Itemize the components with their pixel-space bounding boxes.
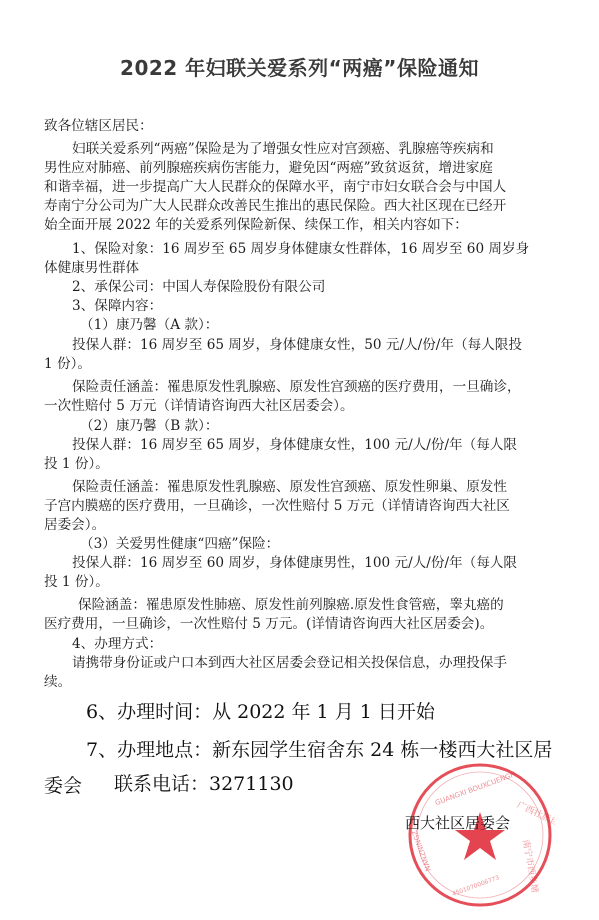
svg-text:南宁市西乡塘: 南宁市西乡塘 [520,838,541,893]
item-location: 7、办理地点：新东园学生宿舍东 24 栋一楼西大社区居 [86,738,552,762]
plan-c-coverage-cont: 医疗费用，一旦确诊，一次性赔付 5 万元。(详情请咨询西大社区居委会)。 [44,616,493,633]
plan-c-insured-cont: 投 1 份）。 [44,574,109,591]
signer-name: 西大社区居委会 [405,812,510,833]
contact-phone: 联系电话：3271130 [114,772,294,796]
salutation: 致各位辖区居民： [44,118,153,135]
plan-c-insured: 投保人群：16 周岁至 60 周岁，身体健康男性，100 元/人/份/年（每人限 [72,555,517,572]
item-procedure: 4、办理方式： [72,636,162,653]
item-insured-objects: 1、保险对象：16 周岁至 65 周岁身体健康女性群体，16 周岁至 60 周岁… [72,241,529,258]
plan-a-insured-cont: 1 份）。 [44,356,91,373]
plan-a-insured: 投保人群：16 周岁至 65 周岁，身体健康女性，50 元/人/份/年（每人限投 [72,337,522,354]
item-time: 6、办理时间：从 2022 年 1 月 1 日开始 [86,700,435,724]
svg-text:GUANGXI BOUXCUENGH: GUANGXI BOUXCUENGH [434,770,517,807]
plan-a-coverage-cont: 一次性赔付 5 万元（详情请咨询西大社区居委会）。 [44,398,354,415]
item-underwriter: 2、承保公司：中国人寿保险股份有限公司 [72,279,325,296]
item-procedure-detail-cont: 续。 [44,674,71,691]
plan-b-heading: （2）康乃馨（B 款）： [80,418,219,435]
plan-b-insured-cont: 投 1 份）。 [44,456,109,473]
intro-line: 妇联关爱系列“两癌”保险是为了增强女性应对宫颈癌、乳腺癌等疾病和 [72,141,494,158]
item-location-cont: 委会 [44,774,82,798]
svg-text:4501070006773: 4501070006773 [451,874,500,898]
item-procedure-detail: 请携带身份证或户口本到西大社区居委会登记相关投保信息，办理投保手 [72,655,507,672]
intro-line: 和谐幸福，进一步提高广大人民群众的保障水平，南宁市妇女联合会与中国人 [44,179,506,196]
plan-a-coverage: 保险责任涵盖：罹患原发性乳腺癌、原发性宫颈癌的医疗费用，一旦确诊， [72,379,521,396]
plan-c-heading: （3）关爱男性健康“四癌”保险： [80,536,279,553]
item-insured-objects-cont: 体健康男性群体 [44,260,139,277]
plan-b-coverage-cont: 居委会）。 [44,517,105,534]
page-title: 2022 年妇联关爱系列“两癌”保险通知 [0,52,599,81]
plan-c-coverage: 保险涵盖：罹患原发性肺癌、原发性前列腺癌.原发性食管癌，睾丸癌的 [78,597,504,614]
intro-line: 男性应对肺癌、前列腺癌疾病伤害能力，避免因“两癌”致贫返贫，增进家庭 [44,160,493,177]
item-coverage-heading: 3、保障内容： [72,298,162,315]
plan-b-coverage: 保险责任涵盖：罹患原发性乳腺癌、原发性宫颈癌、原发性卵巢、原发性 [72,479,507,496]
intro-line: 寿南宁分公司为广大人民群众改善民生推出的惠民保险。西大社区现在已经开 [44,198,506,215]
intro-line: 始全面开展 2022 年的关爱系列保险新保、续保工作，相关内容如下： [44,217,468,234]
plan-b-coverage-cont: 子宫内膜癌的医疗费用，一旦确诊，一次性赔付 5 万元（详情请咨询西大社区 [44,498,510,515]
plan-b-insured: 投保人群：16 周岁至 65 周岁，身体健康女性，100 元/人/份/年（每人限 [72,437,517,454]
notice-page: 2022 年妇联关爱系列“两癌”保险通知 致各位辖区居民： 妇联关爱系列“两癌”… [0,0,599,920]
plan-a-heading: （1）康乃馨（A 款）： [80,317,218,334]
official-seal-stamp: GUANGXI BOUXCUENGH 广西壮族自治区 南宁市西乡塘 NANZNI… [405,760,555,910]
